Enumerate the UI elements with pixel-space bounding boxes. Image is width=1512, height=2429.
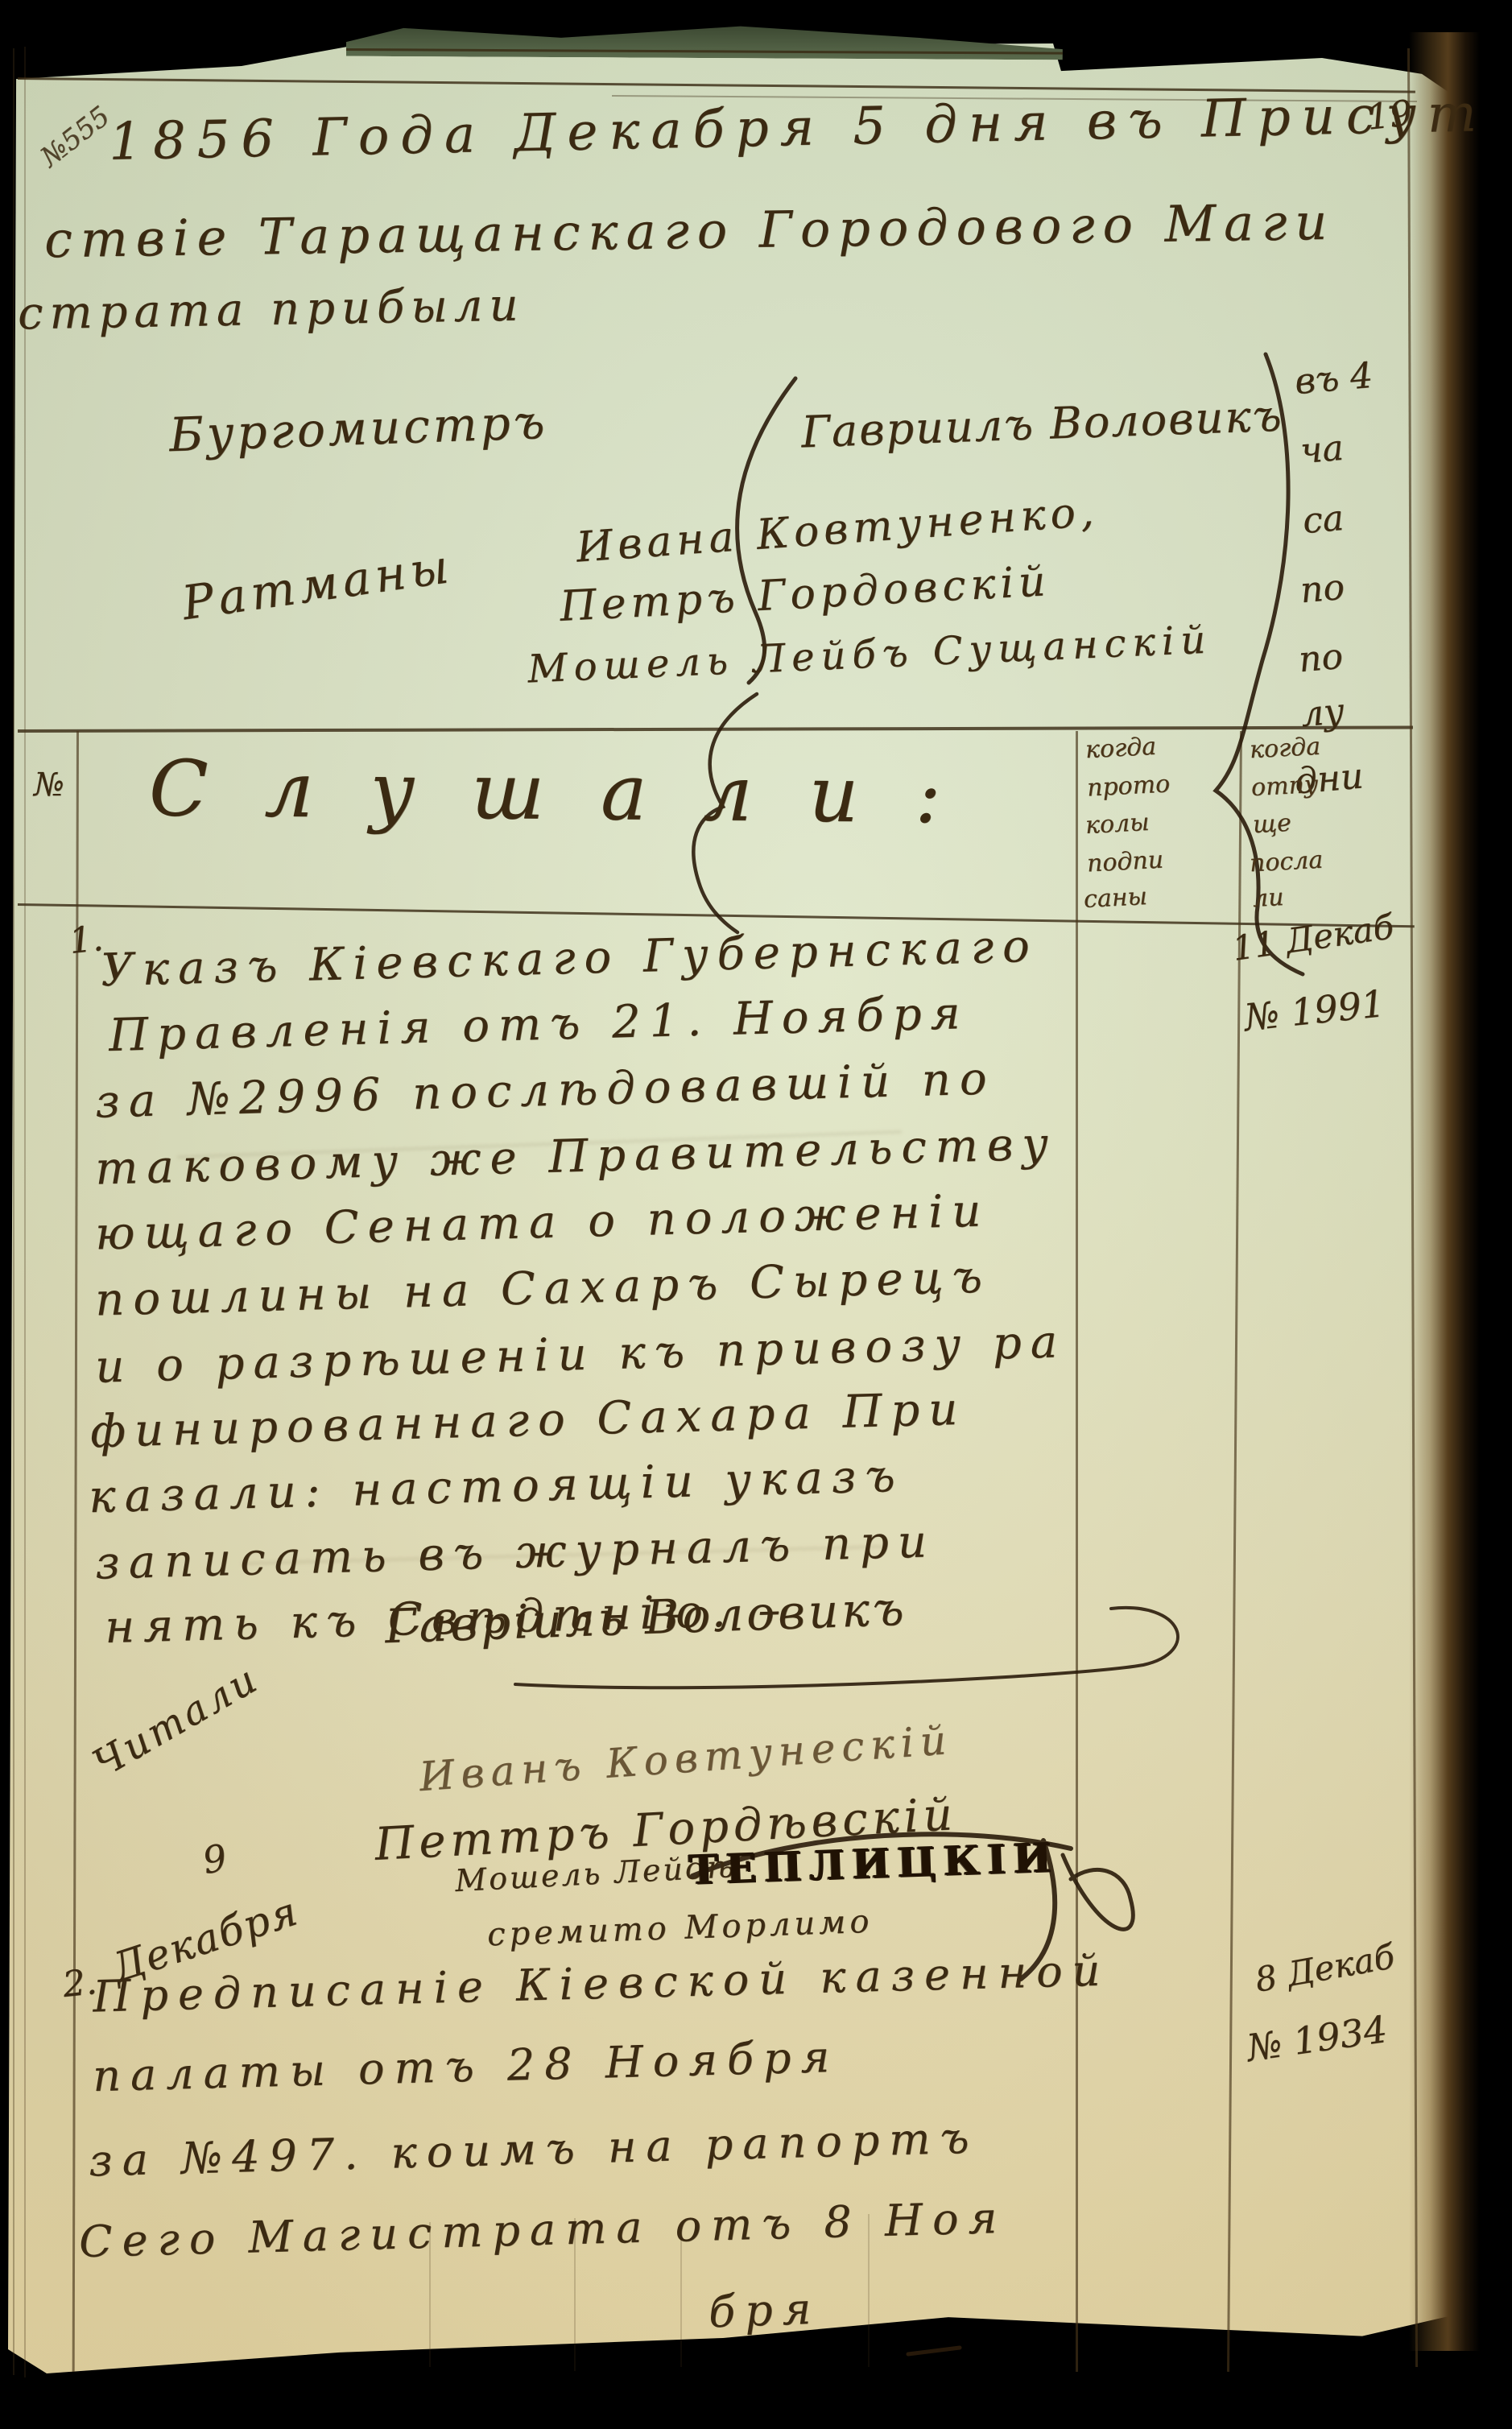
time-note-2: ча	[1299, 428, 1345, 472]
entry2-dash	[908, 2348, 960, 2354]
col-sent-header-1: когда	[1249, 733, 1321, 765]
col-signed-header-5: саны	[1083, 882, 1148, 914]
entry1-number: 1.	[67, 918, 105, 962]
col-sent-header-4: посла	[1249, 846, 1324, 878]
scanned-register-page: №555 19 1856 Года Декабря 5 дня въ Прису…	[0, 0, 1512, 2429]
stamp-tail-2	[1063, 1855, 1133, 1929]
entry2-line-5: бря	[708, 2283, 821, 2338]
col-signed-header-3: колы	[1084, 808, 1150, 840]
col-sent-header-5: ли	[1252, 883, 1284, 913]
col-no-header: №	[34, 766, 64, 803]
col-sent-header-2: отпу	[1250, 770, 1319, 802]
col-main-header: Слушали:	[149, 743, 998, 841]
time-note-3: са	[1301, 498, 1345, 542]
time-note-6: лу	[1299, 691, 1346, 735]
time-note-4: по	[1299, 567, 1346, 612]
col-signed-header-2: прото	[1086, 770, 1171, 802]
heading-line-3: страта прибыли	[17, 279, 525, 341]
time-note-5: по	[1297, 636, 1345, 681]
col-signed-header-1: когда	[1084, 733, 1157, 765]
time-note-1: въ 4	[1293, 355, 1374, 403]
col-sent-header-3: ще	[1252, 809, 1292, 839]
col-signed-header-4: подпи	[1086, 846, 1164, 878]
right-brace-time	[1216, 354, 1303, 974]
